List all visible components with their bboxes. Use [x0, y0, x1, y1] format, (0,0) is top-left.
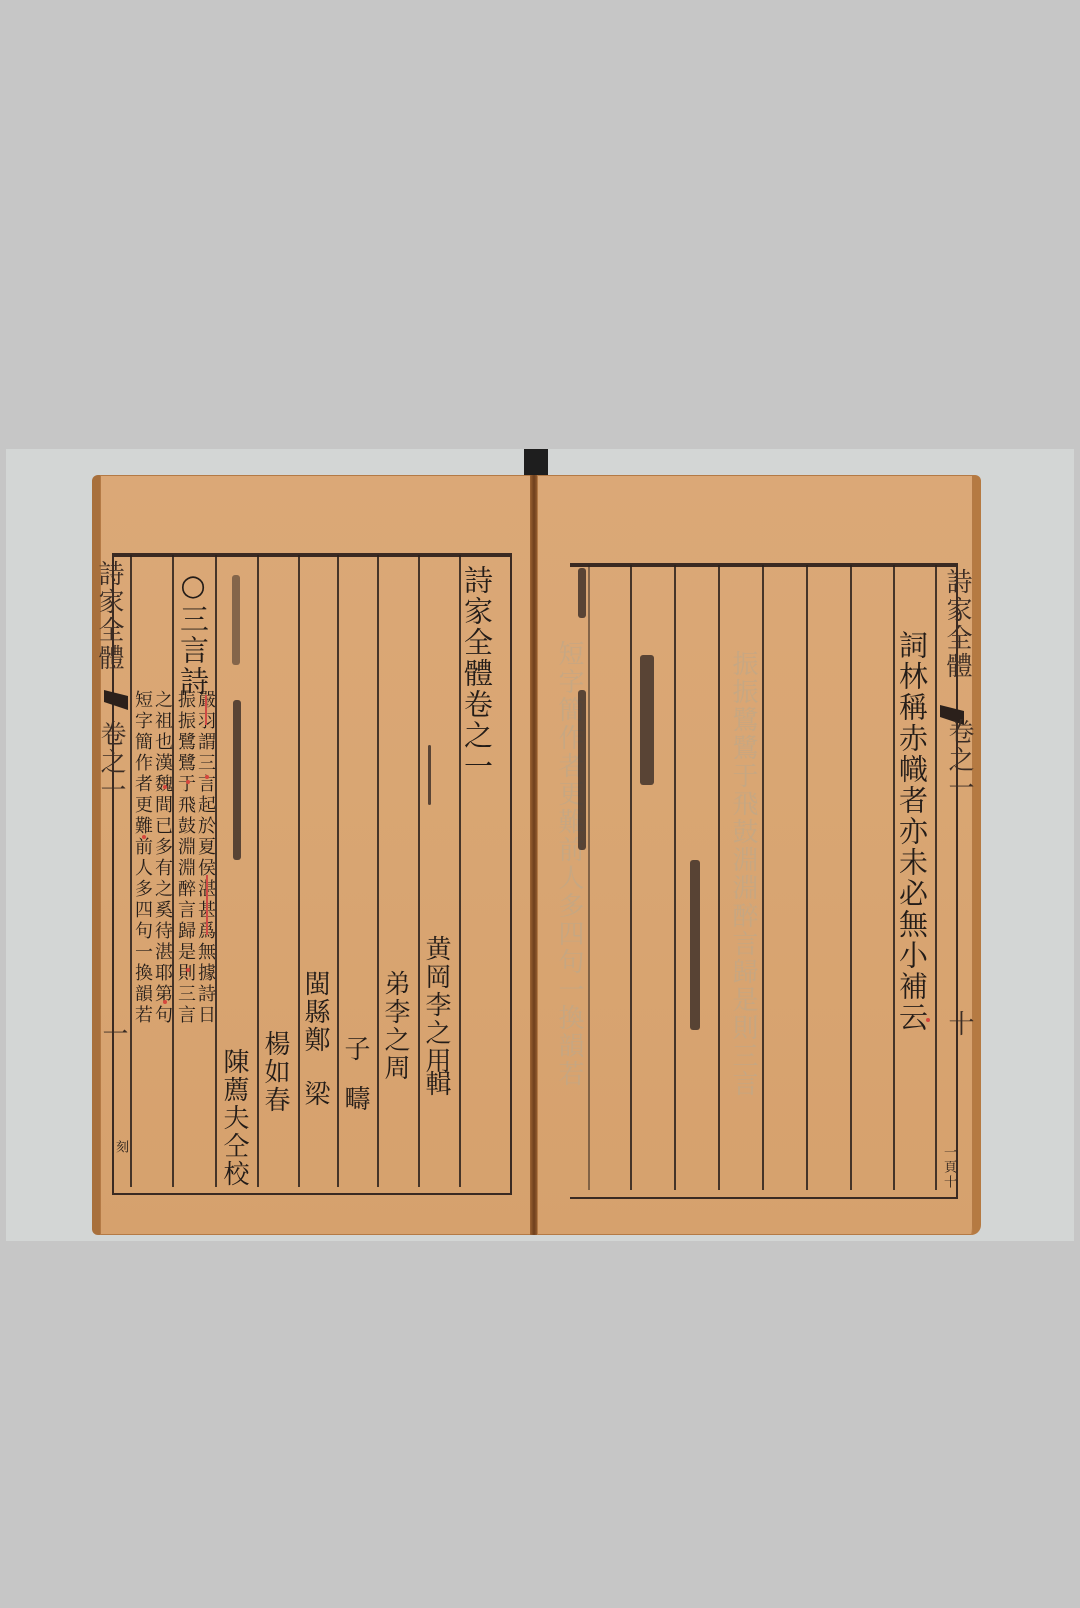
section-title: ○三言詩	[178, 568, 207, 697]
column-rule	[762, 565, 764, 1190]
ink-blot	[690, 860, 700, 1030]
editor-name: 黄岡李之用	[423, 935, 449, 1075]
main-text-column: 詞林稱赤幟者亦未必無小補云	[897, 630, 926, 1033]
column-rule	[588, 565, 590, 1190]
column-rule	[337, 555, 339, 1187]
ink-blot	[232, 575, 240, 665]
red-annotation-dot	[163, 785, 167, 789]
commentary-column: 嚴羽謂三言起於夏侯湛甚爲無據詩日	[196, 690, 214, 1026]
red-annotation-mark	[205, 695, 207, 725]
column-rule	[806, 565, 808, 1190]
editor-name: 子	[342, 1035, 368, 1063]
ink-blot	[640, 655, 654, 785]
collator-role: 梁	[302, 1080, 328, 1108]
ink-blot	[428, 745, 431, 805]
left-margin-page-number: 一	[100, 1020, 126, 1048]
show-through-text: 振振鷺鷺于飛鼓淵淵醉言歸是則三言	[730, 650, 756, 1098]
red-annotation-dot	[205, 775, 209, 779]
commentary-column: 振振鷺鷺于飛鼓淵淵醉言歸是則三言	[176, 690, 194, 1026]
red-annotation-dot	[186, 968, 190, 972]
editor-name: 弟李之周	[382, 970, 408, 1082]
right-margin-volume: 卷之一	[946, 718, 972, 802]
collator-name: 閩縣鄭	[302, 970, 328, 1054]
ink-blot	[578, 568, 586, 618]
red-annotation-dot	[142, 835, 146, 839]
red-annotation-dot	[926, 1018, 930, 1022]
collator-name: 陳薦夫仝校	[221, 1048, 247, 1188]
ink-blot	[578, 690, 586, 850]
column-rule	[257, 555, 259, 1187]
column-rule	[377, 555, 379, 1187]
red-annotation-dot	[186, 780, 190, 784]
column-rule	[674, 565, 676, 1190]
ink-blot	[233, 700, 241, 860]
editor-role: 疇	[342, 1085, 368, 1113]
left-margin-title: 詩家全體	[96, 560, 122, 672]
column-rule	[718, 565, 720, 1190]
left-margin-footer: 刻	[114, 1140, 127, 1155]
column-rule	[850, 565, 852, 1190]
column-rule	[418, 555, 420, 1187]
commentary-column: 之祖也漢魏間已多有之奚待湛耶第句	[153, 690, 171, 1026]
volume-heading: 詩家全體卷之一	[462, 565, 491, 782]
red-annotation-dot	[163, 1000, 167, 1004]
right-margin-title: 詩家全體	[944, 568, 970, 680]
editor-role: 輯	[423, 1070, 449, 1098]
right-margin-footer: 一頁十	[942, 1145, 955, 1190]
column-rule	[935, 565, 937, 1190]
column-rule	[630, 565, 632, 1190]
commentary-column: 短字簡作者更難前人多四句一換韻若	[133, 690, 151, 1026]
left-margin-volume: 卷之一	[98, 720, 124, 804]
red-annotation-mark	[206, 875, 208, 935]
right-margin-page-number: 十	[946, 1010, 972, 1038]
collator-name: 楊如春	[262, 1030, 288, 1114]
